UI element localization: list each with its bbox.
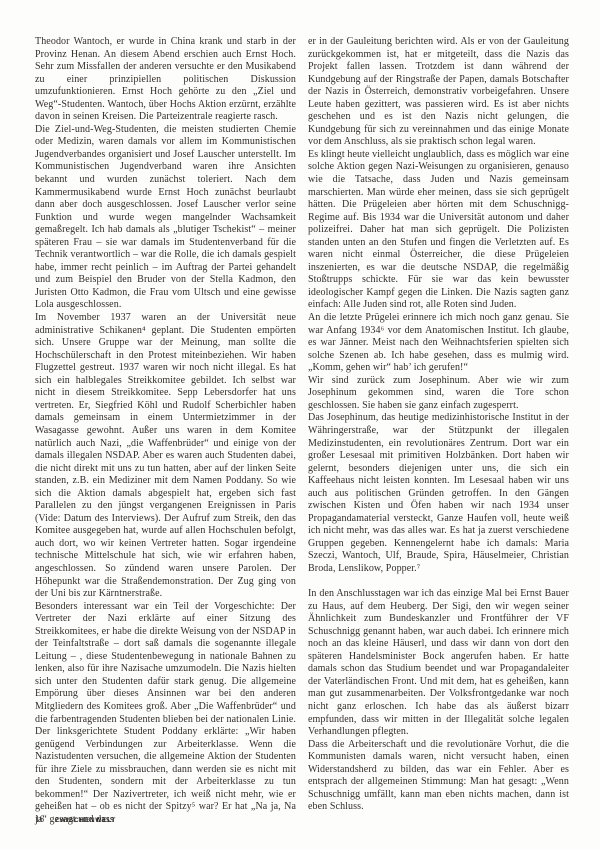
page-footer: 16 ZWISCHENWELT: [35, 814, 116, 824]
paragraph: Theodor Wantoch, er wurde in China krank…: [35, 36, 296, 124]
paragraph: Wir sind zurück zum Josephinum. Aber wie…: [308, 375, 569, 413]
page-number: 16: [35, 814, 44, 824]
paragraph: An die letzte Prügelei erinnere ich mich…: [308, 312, 569, 375]
paragraph: In den Anschlusstagen war ich das einzig…: [308, 588, 569, 739]
text-columns: Theodor Wantoch, er wurde in China krank…: [35, 36, 569, 826]
paragraph: Das Josephinum, das heutige medizinhisto…: [308, 412, 569, 575]
left-column: Theodor Wantoch, er wurde in China krank…: [35, 36, 296, 826]
paragraph: Dass die Arbeiterschaft und die revoluti…: [308, 739, 569, 814]
paragraph: Es klingt heute vielleicht unglaublich, …: [308, 149, 569, 312]
journal-name: ZWISCHENWELT: [55, 817, 116, 824]
paragraph: Die Ziel-und-Weg-Studenten, die meisten …: [35, 124, 296, 312]
paragraph: Im November 1937 waren an der Universitä…: [35, 312, 296, 601]
paragraph: er in der Gauleitung berichten wird. Als…: [308, 36, 569, 149]
document-page: Theodor Wantoch, er wurde in China krank…: [0, 0, 600, 849]
paragraph: Besonders interessant war ein Teil der V…: [35, 601, 296, 827]
right-column: er in der Gauleitung berichten wird. Als…: [308, 36, 569, 826]
